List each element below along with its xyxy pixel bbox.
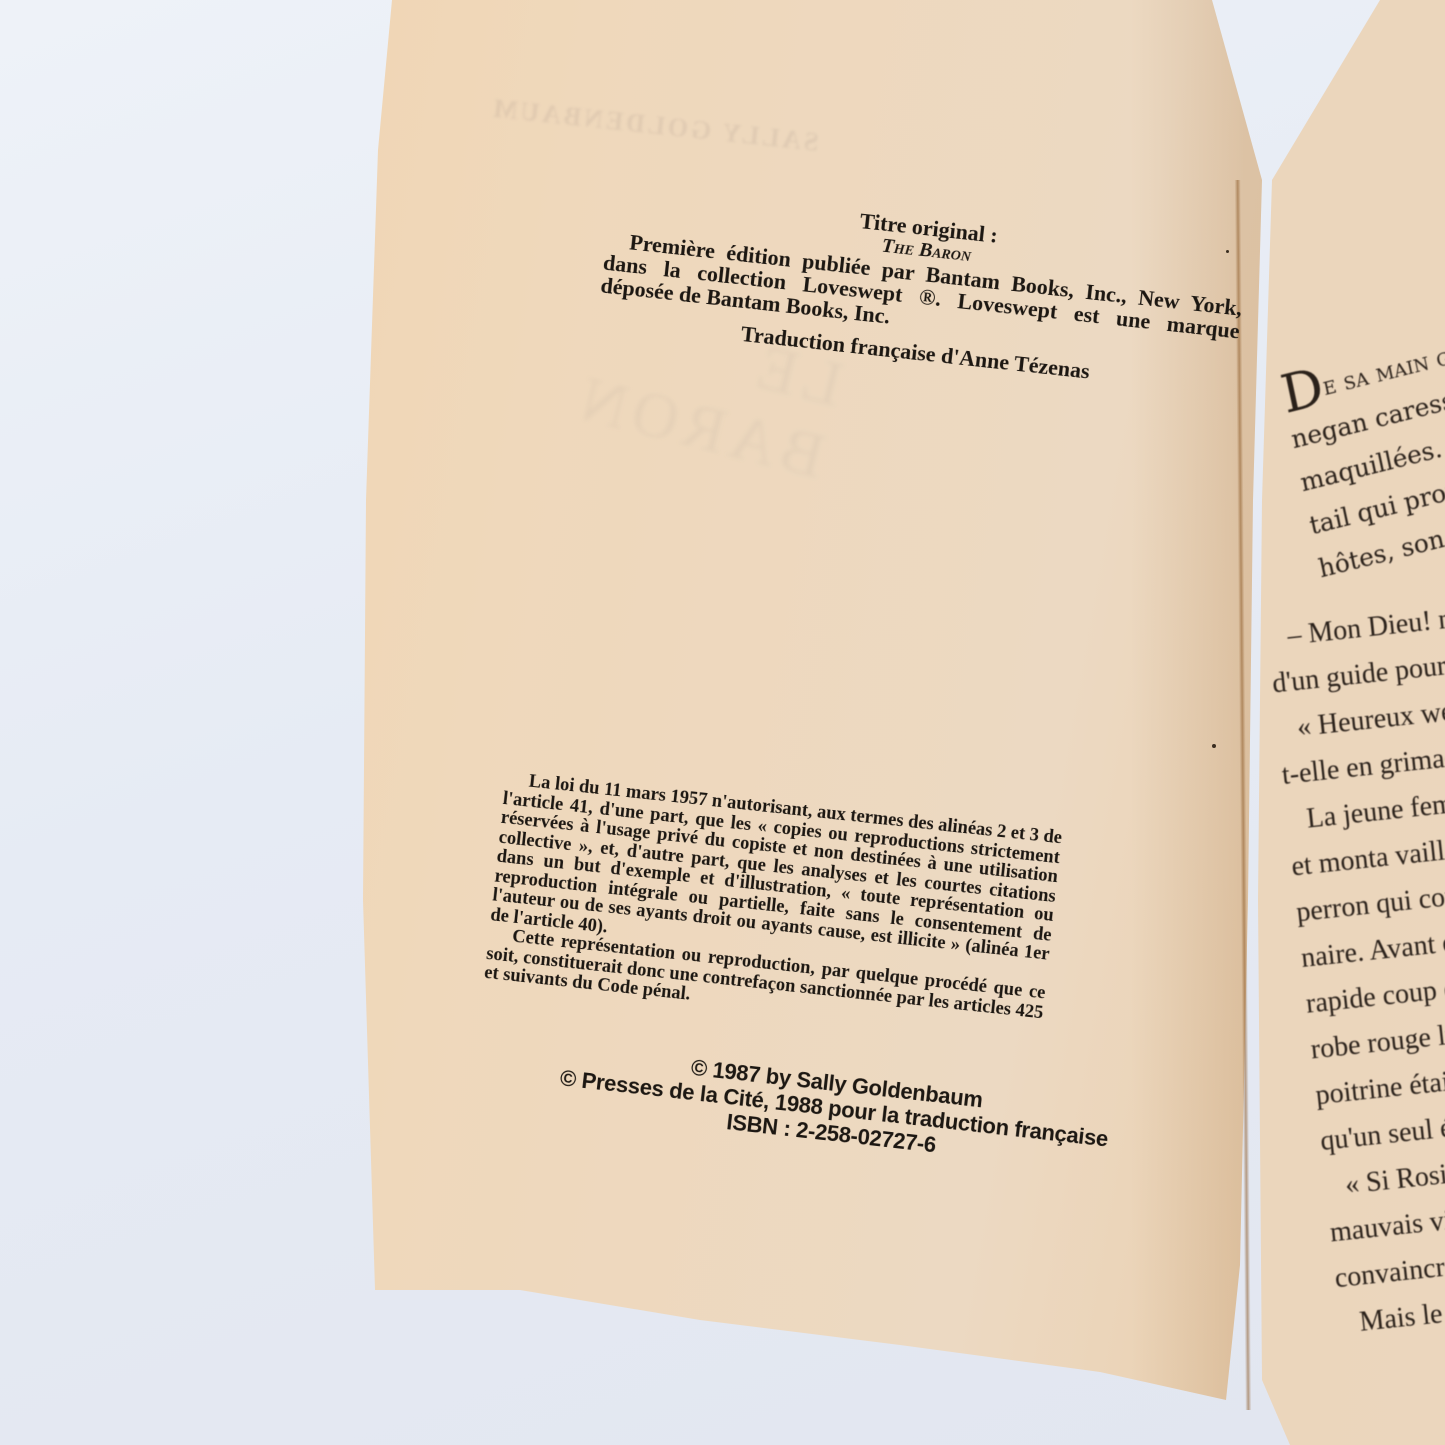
photo-scene: SALLY GOLDENBAUM LE BARON Titre original… xyxy=(0,0,1445,1445)
paper-speck xyxy=(1226,250,1229,253)
paper-speck xyxy=(1212,744,1216,748)
